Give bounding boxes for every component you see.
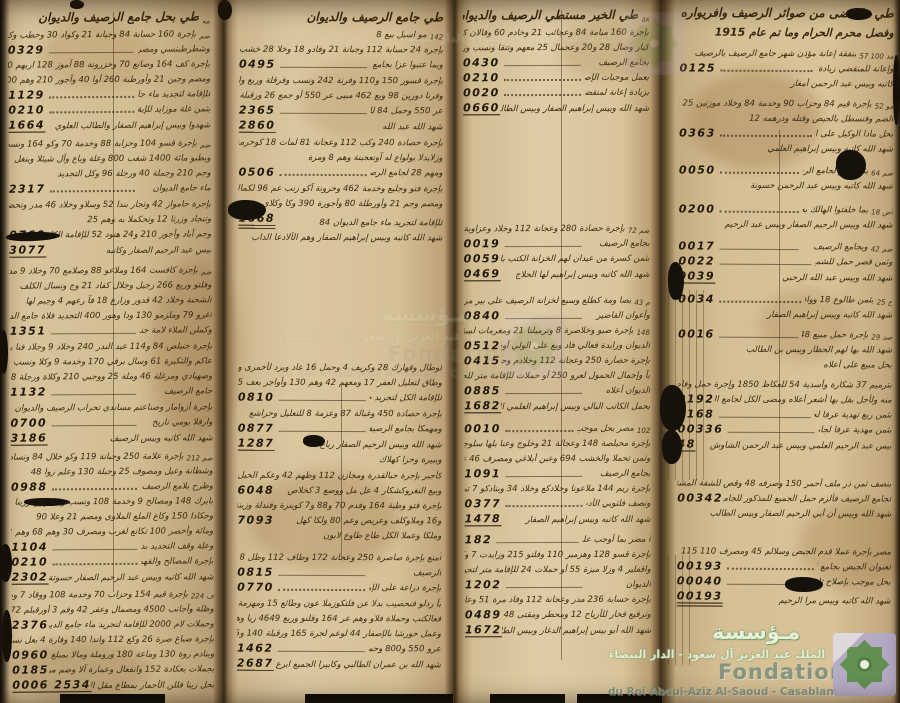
- entry-text: بإجرة حسابة 236 مدر وعجانة 112 وفاد مرة …: [465, 594, 651, 607]
- entry-text: و16 وملاوكلف وعريص وعم 80 ولكا كهل: [274, 515, 441, 528]
- entry-text: منه ولأجل بقل بها أشعر أعلاه ومضى الكل ل…: [714, 394, 891, 407]
- ledger-entry: بإجرة 160 مبامة 84 وعجائب 21 وخادم 60 وف…: [463, 27, 649, 40]
- entry-text: طي الخير مستطي الرصيف والديوان: [463, 7, 639, 25]
- entry-amount: 1202: [465, 579, 502, 591]
- ledger-entry: 0877 ومهمكا بجامع الرصيف 28: [238, 423, 442, 436]
- entry-text: ومهم 28 لجامع الرصيف: [370, 167, 442, 179]
- entry-amount: 0329: [8, 44, 45, 56]
- ledger-entry: فعالكتب وحملاة فلاو وهم عر 164 وفلنو ورب…: [237, 613, 441, 626]
- entry-amount: 3186: [11, 432, 48, 445]
- entry-amount: 1351: [10, 325, 47, 337]
- entry-text: بإجرة قسور 150 و110 وفرنة 242 ونسب وفرقل…: [239, 75, 443, 88]
- ledger-entry: 0810 للإقامة الكل لتجريد جامع الديوان: [238, 392, 442, 405]
- entry-amount: 0700: [10, 417, 47, 429]
- entry-leader-line: [719, 248, 798, 250]
- entry-text: بإجرة حصادة 450 وغبالة 87 وعزمة 8 للتعلي…: [238, 408, 442, 421]
- ledger-entry: 0168 بثمن ربع تهدية عرفا لجامع الرصيف: [678, 408, 892, 421]
- entry-text: بيس عبد الرحيم الصفار وكاتبه: [46, 244, 211, 257]
- edge-tear: [70, 0, 84, 9]
- entry-margin-note: 25 ح: [877, 298, 893, 306]
- ink-blot: [893, 55, 900, 125]
- entry-text: بجامع الرصيف: [585, 238, 649, 250]
- entry-text: بحمل الكاتب البالي وبيس إبراهيم العلمي ا…: [501, 401, 650, 414]
- ink-blot: [846, 8, 872, 20]
- edge-tear: [0, 330, 8, 374]
- ruling-line: [561, 10, 562, 660]
- ledger-entry: 2317 ماء جامع الديوان: [9, 182, 211, 195]
- ledger-entry: بإجرة كافست 164 وملاعو 88 وصلامع 70 وخلا…: [9, 264, 211, 277]
- entry-text: وصهيادي ومرغلة 46 وملة 25 ووجبي 210 وكلا…: [10, 370, 212, 383]
- entry-amount: 0770: [237, 582, 274, 594]
- entry-leader-line: [49, 51, 135, 54]
- entry-text: شهدوا وبيس إبراهيم الصفار والطالب العلوي: [45, 119, 210, 132]
- ledger-entry: 1664 شهدوا وبيس إبراهيم الصفار والطالب ا…: [8, 118, 210, 132]
- entry-margin-note: 142: [430, 33, 443, 41]
- entry-text: ومهمكا بجامع الرصيف 28: [369, 423, 441, 435]
- ledger-entry: بآ ردلو فنحصيب بدلا عن فلتكوزملا عون وطا…: [237, 598, 441, 611]
- ledger-entry: 0125 وإعانة للمنقضي زيادة على ما مضى لها: [679, 62, 893, 75]
- ledger-entry: 0495 وبما عتبوا عزا بجامع الرصيف: [239, 59, 443, 72]
- entry-leader-line: [505, 504, 582, 507]
- entry-text: شهد الله كاتبه وبيس إبراهيم الصفار وهم ا…: [238, 232, 442, 245]
- entry-amount: 0185: [12, 664, 49, 676]
- ledger-entry: 1287 شهد الله وبيس الرحيم الصفار رباع: [238, 438, 442, 452]
- ledger-entry: 0200 بما خلفتوا الهالك بجامع الديوان عن …: [679, 203, 893, 216]
- entry-text: وبطبو مائة 1400 شغب 800 وعلة وباع وآل شي…: [9, 152, 211, 165]
- ledger-entry: بإجرة علامة 250 وجبانة 119 وكو خلال 84 و…: [11, 450, 213, 463]
- entry-margin-note: 52 مو: [875, 102, 894, 110]
- entry-leader-line: [504, 78, 581, 81]
- entry-amount: 0840: [464, 310, 501, 322]
- entry-text: وبيع النغروكشكار 4 عل مل ووصع 3 كخلاص: [274, 485, 441, 498]
- entry-text: وأعوان الفاضير: [586, 310, 650, 322]
- entry-amount: 0200: [679, 203, 716, 215]
- entry-leader-line: [719, 210, 798, 213]
- ink-blot: [24, 498, 70, 506]
- ledger-entry: 0019 بجامع الرصيف: [464, 238, 650, 251]
- ledger-entry: 2376 وحملات لام 2000 للإقامة لتجريد ماء …: [12, 618, 214, 631]
- entry-text: بحل مبيع على أعلاه: [678, 358, 892, 371]
- entry-text: بإجرة كافست 164 وملاعو 88 وصلامع 70 وخلا…: [9, 264, 197, 277]
- entry-text: بإجرة علامة 250 وجبانة 119 وكو خلال 84 و…: [11, 450, 184, 463]
- ledger-entry: 1668 للإقامة لتجريد ماء جامع الديوان 84: [238, 213, 442, 230]
- ledger-entry: وثمن تحملا والخشب 694 وعبن أبلاغي ومصرف …: [464, 453, 650, 466]
- ledger-entry: بآ وإجمال الحمول لعرو 250 أو حملات للإقا…: [464, 370, 650, 383]
- entry-text: ونصف فلتوبي الأدب ومصم 21 لتجديد ماء الد…: [586, 498, 650, 510]
- entry-leader-line: [50, 332, 136, 335]
- entry-text: شهد الله وبيس أن أبي الرحيم الصفار وبيس …: [677, 507, 891, 520]
- entry-margin-note: 29 صد: [871, 333, 892, 341]
- ledger-entry: 0363 بحل مادا الوكيل على الكتبة البالية: [679, 127, 893, 140]
- ledger-entry: 1351 وكملن الملاء لامة جندو: [10, 324, 212, 337]
- ink-blot: [228, 200, 266, 220]
- entry-amount: 0877: [238, 423, 275, 435]
- entry-amount: 1478: [465, 513, 502, 526]
- entry-amount: 0377: [465, 498, 502, 510]
- entry-text: بجامع الرصيف: [586, 468, 650, 480]
- entry-amount: 0960: [12, 649, 49, 661]
- entry-text: بآ وإجمال الحمول لعرو 250 أو حملات للإقا…: [464, 370, 650, 383]
- ledger-entry: بإجرة حامواز 42 وتجار بندا 52 وسلاو وخلا…: [9, 198, 211, 211]
- entry-leader-line: [719, 336, 798, 338]
- entry-text: بإجرة حصارة 250 وعجانة 112 وخلادم وحول س…: [501, 355, 650, 368]
- entry-leader-line: [727, 431, 814, 433]
- entry-leader-line: [720, 69, 812, 72]
- ledger-entry: بإجرة 24 حسابة 112 وجبانة 21 وفادو 18 وخ…: [239, 44, 443, 57]
- entry-text: بما خلفتوا الهالك بجامع الديوان عن شهر ذ…: [802, 204, 868, 216]
- entry-text: بإجرة أزوامار وصناعتم مساندي تحراب الرصي…: [10, 401, 212, 414]
- entry-amount: 0017: [679, 240, 716, 252]
- entry-amount: 2302: [12, 571, 49, 584]
- entry-leader-line: [719, 300, 801, 303]
- entry-leader-line: [720, 171, 799, 174]
- entry-margin-note: 64 ضم: [871, 169, 893, 177]
- ledger-entry: بإجرة 160 حسابة 84 وجبانة 21 وكواد 30 وح…: [8, 28, 210, 41]
- entry-text: شهد الله كاتبه وبيس عبد الرحيم الصفار حس…: [48, 571, 213, 584]
- entry-amount: 1104: [11, 541, 48, 553]
- ink-blot: [785, 577, 823, 592]
- ledger-entry: آمنع بإجرة صاصرة 250 وعجانة 172 وطاف 112…: [237, 552, 441, 565]
- entry-leader-line: [280, 66, 367, 68]
- entry-leader-line: [279, 173, 366, 176]
- entry-text: شهد الله كاتبه وبيس عبد الرحمن حسونة: [679, 179, 893, 192]
- entry-text: بإجرة حصادة 240 وكب 112 وعجانة 81 لمات 1…: [239, 137, 443, 150]
- entry-text: بثمن ربع تهدية عرفا لجامع الرصيف: [815, 409, 892, 421]
- ledger-entry: 3186 شهد الله كاتبه وبيس الرصيف: [11, 431, 213, 445]
- entry-text: وعمل حورشا بالإصفار 44 لوعم لجرة 165 ورق…: [237, 628, 441, 641]
- ledger-entry: 0039 شهد الله وبيس عبد الله الرحبي: [678, 270, 892, 284]
- entry-margin-note: 224 ف: [191, 592, 214, 600]
- ledger-entry: 1462 عرو 550 و800 وحملاة للإقامة لتجريد …: [237, 643, 441, 656]
- entry-amount: 1462: [237, 643, 274, 655]
- entry-leader-line: [505, 475, 582, 477]
- entry-text: بزيادة إعانة لمنقضي جامع الرصيف عن الشهر…: [585, 87, 649, 99]
- entry-amount: 0059: [464, 253, 501, 265]
- entry-amount: 0988: [11, 481, 48, 493]
- entry-amount: 2365: [239, 105, 276, 117]
- fold-crease: [213, 0, 233, 703]
- entry-text: بحل موجب بإصلاح ثلث دار الدرب الطويل: [818, 576, 891, 588]
- entry-leader-line: [49, 95, 135, 99]
- entry-text: وزلايدلا بولواع له آونعجبنة وهم 8 ومرة: [239, 152, 443, 165]
- entry-text: الرصيف: [369, 567, 441, 579]
- ledger-entry: بإجرة قسو 104 وحزابة 88 وخدمة 70 وكو 164…: [9, 137, 211, 150]
- entry-leader-line: [505, 317, 582, 319]
- entry-leader-line: [278, 430, 365, 432]
- entry-text: وثمن تحملا والخشب 694 وعبن أبلاغي ومصرف …: [464, 453, 650, 466]
- ledger-entry: وملكا وعملا الكل طاع طاوع لابون: [237, 530, 441, 543]
- entry-text: طي بحل جامع الرصيف والديوان: [8, 8, 200, 26]
- entry-text: للإقامة الكل لتجريد جامع الديوان: [369, 392, 441, 404]
- scan-bottom-bar: [60, 694, 165, 703]
- entry-amount: 1672: [465, 624, 502, 637]
- entry-text: الضم وفنسطل بالجبص وقتله ودرهمه 12: [679, 112, 893, 125]
- entry-amount: 0885: [464, 385, 501, 397]
- entry-amount: 1129: [8, 89, 45, 101]
- entry-margin-note: ٥٨: [641, 16, 649, 24]
- ledger-entry: بترميم 37 شكارة وأسدية 54 للعكاظ 1850 وإ…: [678, 378, 892, 391]
- ledger-entry: لوطال وقهارك 28 وكريف 4 وحمل 16 عاد وبرد…: [238, 362, 442, 375]
- entry-text: شهد الله وبيس إبراهيم الصفار وبيس الطالب: [500, 103, 649, 116]
- ledger-entry: 0506 ومهم 28 لجامع الرصيف: [239, 167, 443, 180]
- ledger-entry: 00193 شهد الله كاتبه وبيس مرا الرحيم: [677, 590, 891, 607]
- entry-text: وملكا وعملا الكل طاع طاوع لابون: [237, 530, 441, 543]
- ledger-entry: كأجبر بإجرة جبالقدرة ومجازن 112 وظهم 42 …: [238, 470, 442, 483]
- entry-amount: 0210: [8, 104, 45, 116]
- entry-text: بإجرة فتو وجليع وخدمة 462 وخزونة آكو زنب…: [239, 183, 443, 196]
- ledger-entry: 0010 مصر بحل موجب مما حمل به خديم الرصيف…: [464, 423, 650, 436]
- entry-amount: 1664: [8, 119, 45, 132]
- ink-blot: [836, 150, 866, 180]
- ledger-entry: 1672 شهد الله أبو بيس إبراهيم الدغار وبي…: [465, 624, 651, 638]
- entry-text: بيس عبد الرحيم العلمي وبيس عبد الرحمن ال…: [696, 440, 892, 453]
- entry-text: وتنجاد وزرتا 12 وتحكملا به وهم 25: [9, 213, 211, 226]
- ledger-entry: ومصم وجم 21 وأورطلة 80 وأجورة 390 وكا وك…: [238, 198, 442, 211]
- entry-leader-line: [505, 429, 573, 432]
- entry-text: للإقامة لتجديد ماء جامع الديوان: [139, 88, 211, 100]
- ledger-entry: 0415 بإجرة حصارة 250 وعجانة 112 وخلادم و…: [464, 355, 650, 368]
- entry-amount: 0489: [465, 609, 502, 621]
- ink-blot: [662, 430, 682, 464]
- ledger-entry: وعمل حورشا بالإصفار 44 لوعم لجرة 165 ورق…: [237, 628, 441, 641]
- entry-text: للإقامة لتجريد ماء جامع الديوان 84: [275, 217, 442, 230]
- ledger-entry: 0210 بعمل موجبات الإصلاح بل لتجريد ماء ج…: [463, 72, 649, 85]
- ledger-entry: شهد الله كاتبه وبيس عبد الرحمن حسونة: [679, 179, 893, 192]
- ledger-entry: 6048 وبيع النغروكشكار 4 عل مل ووصع 3 كخل…: [237, 485, 441, 498]
- entry-text: بإجرة ريم 144 ملاعونا وحلادكع وخلاد 34 و…: [464, 483, 650, 496]
- entry-amount: 0363: [679, 127, 716, 139]
- ledger-entry: 0329 وشطرطبنسي ومصروف 88 بجامع الرصيف: [8, 43, 210, 56]
- edge-tear: [218, 0, 232, 20]
- entry-text: بعمل موجبات الإصلاح بل لتجريد ماء جامع ا…: [585, 72, 649, 84]
- entry-leader-line: [49, 110, 135, 114]
- ledger-entry: طي بحل جامع الرصيف والديوان مه: [8, 8, 210, 26]
- ruling-grid: [668, 555, 694, 665]
- entry-margin-note: 42 ضم: [871, 245, 893, 253]
- entry-text: شهد الله وبيس عبد الله الرحبي: [715, 272, 892, 285]
- ledger-entry: 0006 2534 بحل زينا فللن الأحمار بمطاع مق…: [12, 678, 214, 692]
- entry-text: مصر بإجرة عملا قدم الجبص وسلالم 45 ومصرف…: [677, 545, 891, 558]
- entry-text: وعلة وقف التجديد بدفاع جامع الديوان: [142, 540, 214, 552]
- entry-text: كاتبه وبيس عبد الرحمن أمغار: [679, 77, 893, 90]
- entry-text: وفصل محرم الحرام وما تم عام 1915: [680, 24, 894, 40]
- page-column-1: طي بحل جامع الرصيف والديوان مه بإجرة 160…: [8, 5, 215, 700]
- entry-amount: 2376: [12, 619, 49, 631]
- ledger-entry: شهد الله بها لهم الحظار وبيس بن الطالب: [678, 343, 892, 356]
- entry-leader-line: [720, 134, 812, 137]
- ledger-entry: كاتبه وبيس عبد الرحمن أمغار: [679, 77, 893, 90]
- entry-text: طي جامع الرصيف والديوان: [239, 9, 443, 27]
- entry-text: بجامع الرصيف: [585, 57, 649, 69]
- entry-text: وظلة وآجانب 4500 ومصمال وعفر 42 وفم 3 أو…: [12, 603, 214, 616]
- entry-text: أغرو 79 وملزمو 130 ودا وهور 400 التجديد …: [10, 309, 212, 322]
- entry-leader-line: [278, 650, 365, 652]
- entry-margin-note: 212 ضم: [187, 454, 213, 462]
- entry-leader-line: [51, 393, 137, 396]
- entry-text: بإجرة حمل مبيع 48 والواقف لمن وله لجامع …: [802, 329, 868, 341]
- ledger-entry: 0960 وبنادم روة 130 وماعة 180 وروملة وما…: [12, 648, 214, 661]
- entry-amount: 0022: [678, 255, 715, 267]
- entry-amount: 0415: [464, 355, 501, 367]
- entry-text: الديوان وزايدة فعالي فاد وبع على الولي أ…: [501, 340, 650, 353]
- entry-text: بنفقة إعانة مؤذن شهر جامع الرصيف بالرصيف: [680, 47, 857, 60]
- ledger-entry: وفصل محرم الحرام وما تم عام 1915: [680, 24, 894, 40]
- ledger-entry: 1478 شهد الله كاتبه وبيس إبراهيم الصفار: [465, 513, 651, 527]
- entry-leader-line: [727, 567, 814, 570]
- entry-amount: 0660: [463, 102, 500, 115]
- entry-amount: 0469: [464, 268, 501, 281]
- ledger-entry: 0815 الرصيف: [237, 567, 441, 580]
- entry-text: بإجرة 160 حسابة 84 وجبانة 21 وكواد 30 وح…: [8, 28, 196, 41]
- entry-amount: 00342: [677, 492, 723, 504]
- ruling-line: [341, 385, 342, 560]
- entry-text: بآ ردلو فنحصيب بدلا عن فلتكوزملا عون وطا…: [237, 598, 441, 611]
- ledger-entry: كبار وصال 28 و20 وعجمال 25 معهم وتنقا ون…: [463, 42, 649, 55]
- ruling-line: [113, 12, 114, 592]
- page-column-2: طي جامع الرصيف والديوان مو اسبل بيع 8 14…: [237, 6, 443, 701]
- page-column-3: طي الخير مستطي الرصيف والديوان ٥٨ بإجرة …: [463, 4, 651, 701]
- entry-text: بثمن كسرة من عيدان لهم الخزانة الكتب بال…: [500, 253, 649, 266]
- ledger-entry: بإجرة كف 164 وصانع 70 وخزرونة 88 آموز 12…: [8, 58, 210, 71]
- edge-tear: [0, 544, 12, 582]
- ledger-entry: 0430 بجامع الرصيف: [463, 57, 649, 70]
- entry-amount: 6048: [237, 485, 274, 497]
- ledger-entry: 0489 وترفيع فخار للأرياح 12 ومحطر ومقتى …: [465, 609, 651, 622]
- entry-amount: 0815: [237, 567, 274, 579]
- entry-text: شهد الله كاتبه وبيس الرصيف: [47, 432, 212, 445]
- entry-margin-note: 57 مد 100: [859, 52, 893, 60]
- entry-text: وفلتو وربع 266 زجيل وجلال كفاد 21 وج ونس…: [9, 279, 211, 292]
- entry-text: وبجامع الرصيف: [802, 241, 868, 253]
- entry-amount: 0019: [464, 238, 501, 250]
- entry-text: وارفلا بومي تاريخ: [141, 416, 213, 428]
- entry-amount: 0495: [239, 59, 276, 71]
- ledger-entry: بإجرة قسور 150 و110 وفرنة 242 ونسب وفرقل…: [239, 75, 443, 88]
- ledger-entry: بإجرة صباغ صرة 26 وكع 112 واندا 140 وفار…: [12, 633, 214, 646]
- entry-text: ومصم وجبن 21 وأورطبة 260 أوا 40 وأجور 21…: [8, 73, 210, 86]
- entry-text: بإجرة المصالح والفهم بخزانة الكتب بجامع …: [142, 555, 214, 567]
- ledger-entry: طي الخير مستطي الرصيف والديوان ٥٨: [463, 7, 649, 25]
- ledger-entry: 0034 بثمن طالوع 18 ووافق 4 على عمل غار ع…: [678, 293, 892, 306]
- entry-leader-line: [52, 548, 138, 551]
- entry-text: شهد الله أبو بيس إبراهيم الدغار وبيس الط…: [502, 625, 651, 638]
- entry-text: وثمن قصر حمل للشمع حصار لجامع الديوان وت…: [815, 256, 892, 268]
- entry-text: وكملن الملاء لامة جندو: [140, 324, 212, 336]
- ledger-entry: 0660 شهد الله وبيس إبراهيم الصفار وبيس ا…: [463, 102, 649, 116]
- entry-margin-note: 43 م: [634, 299, 650, 307]
- entry-text: شهد الله كاتبه وبيس إبراهيم الصفار: [501, 514, 650, 527]
- entry-text: وفرنا دورين 98 وبع 462 مبيى عر 550 أو جم…: [239, 90, 443, 103]
- entry-text: شهد الله بن عمران الطالبي وكابيرا الجميع…: [274, 659, 441, 672]
- ledger-entry: 0988 وطرح بلامع الرصيف: [11, 480, 213, 493]
- ledger-entry: بإجرة أزوامار وصناعتم مساندي تحراب الرصي…: [10, 401, 212, 414]
- entry-text: جامع الرصيف: [141, 385, 213, 397]
- entry-text: وترفيع فخار للأرياح 12 ومحطر ومقتى 48 لل…: [502, 609, 651, 622]
- entry-leader-line: [504, 93, 581, 96]
- ink-blot: [303, 435, 325, 447]
- entry-text: بحل زينا فللن الأحمار بمطاع مقل الرصيف: [91, 679, 215, 692]
- entry-text: وبنادم روة 130 وماعة 180 وروملة ومالا بم…: [49, 648, 214, 661]
- scan-bottom-bar: [305, 694, 453, 703]
- ledger-entry: 3077 بيس عبد الرحيم الصفار وكاتبه: [9, 243, 211, 257]
- entry-amount: 182: [465, 534, 493, 546]
- ledger-entry: ومصم وجبن 21 وأورطبة 260 أوا 40 وأجور 21…: [8, 73, 210, 86]
- entry-amount: 0810: [238, 392, 275, 404]
- ledger-entry: 2365 عر 550 وحمل 84 للإقامة لتجريد ماء ا…: [239, 105, 443, 118]
- entry-text: بإجرة فتو وطبة 164 وفدم 70 و88 و7 كوبترة…: [237, 500, 441, 513]
- ledger-entry: شهد الله كاتبه وبيس إبراهيم الصفار وهم ا…: [238, 232, 442, 245]
- entry-amount: 0006 2534: [12, 679, 91, 693]
- ledger-entry: شهد الله وبيس الرحيم الصفار وبيس عبد الر…: [679, 218, 893, 231]
- ledger-entry: بإجرة فتو وجليع وخدمة 462 وخزونة آكو زنب…: [239, 183, 443, 196]
- entry-text: بإجرة دراعة على الإمام الإقامة لبيع الأر…: [369, 582, 441, 594]
- entry-text: بإجرة محبلصة 148 وعجالة 21 وخلوج وعنا بل…: [464, 438, 650, 451]
- ledger-entry: شهد الله كاتبه وبيس إبراهيم الصفار: [678, 308, 892, 321]
- entry-text: وشطانة وعبل ومصوف 25 وجبلة 130 وعلم زوا …: [11, 465, 213, 478]
- ledger-entry: وظلة وآجانب 4500 ومصمال وعفر 42 وفم 3 أو…: [12, 603, 214, 616]
- ledger-entry: 0016 بإجرة حمل مبيع 48 والواقف لمن وله ل…: [678, 328, 892, 341]
- ledger-entry: وصهيادي ومرغلة 46 وملة 25 ووجبي 210 وكلا…: [10, 370, 212, 383]
- entry-margin-note: 18 آض: [871, 208, 893, 216]
- entry-margin-note: 148: [637, 329, 650, 337]
- entry-text: بإجرة قسو 128 وهزمير 110 وفلتو 215 وزايد…: [465, 549, 651, 562]
- entry-amount: 0010: [464, 423, 501, 435]
- entry-text: بإجرة قيم 84 وحزاب 90 وخدمة 84 وخلاد موز…: [679, 97, 872, 110]
- ledger-entry: مو اسبل بيع 8 142: [239, 29, 443, 42]
- ledger-entry: شهد الله وبيس أن أبي الرحيم الصفار وبيس …: [677, 507, 891, 520]
- entry-leader-line: [52, 562, 138, 566]
- ledger-entry: 0840 وأعوان الفاضير: [464, 310, 650, 323]
- entry-text: شهد الله كاتبه وبيس مرا الرحيم: [722, 595, 890, 608]
- ledger-entry: أغرو 79 وملزمو 130 ودا وهور 400 التجديد …: [10, 309, 212, 322]
- entry-leader-line: [51, 424, 137, 427]
- entry-text: بثمن غلة موزايد للإيقاد بجامع الديوان وك…: [139, 103, 211, 115]
- scan-bottom-bar: [577, 694, 662, 703]
- entry-text: وطاق لتعليل العفر 17 ومعهم 42 وهم 130 وأ…: [238, 377, 442, 390]
- ledger-entry: بإجرة فتو وطبة 164 وفدم 70 و88 و7 كوبترة…: [237, 500, 441, 513]
- entry-text: عاكم والتكبرة 61 وسال برقي 170 وخدمة 9 و…: [10, 355, 212, 368]
- entry-leader-line: [505, 392, 582, 394]
- entry-amount: 1287: [238, 438, 275, 451]
- entry-text: بإجرة حنبلص 84 و114 عبد الندر 240 وخلاد …: [10, 340, 212, 353]
- entry-text: بإجرة كف 164 وصانع 70 وخزرونة 88 آموز 12…: [8, 58, 210, 71]
- entry-text: بجملات بعكادة 152 وانفعال وعمارة آلا وضم…: [49, 663, 214, 676]
- ledger-entry: وتنجاد وزرتا 12 وتحكملا به وهم 25: [9, 213, 211, 226]
- entry-text: بنصف ثمن ذر ملف أحمر 150 وصرفه 48 وقص لل…: [677, 477, 891, 490]
- entry-margin-note: 72 ضم: [628, 227, 650, 235]
- entry-text: آمنع بإجرة صاصرة 250 وعجانة 172 وطاف 112…: [237, 552, 441, 565]
- fold-crease: [444, 0, 464, 703]
- ledger-entry: وجم 210 وجملة 40 ورجلة 96 وكل التجديد: [9, 167, 211, 180]
- ledger-entry: بنفقة إعانة مؤذن شهر جامع الرصيف بالرصيف…: [680, 47, 894, 60]
- entry-margin-note: مه: [202, 17, 210, 25]
- entry-margin-note: ضم: [201, 268, 212, 276]
- ledger-entry: بإجرة حسابة 236 مدر وعجانة 112 وفاد مرة …: [465, 594, 651, 607]
- entry-text: بحل مادا الوكيل على الكتبة البالية: [816, 128, 893, 140]
- ink-blot: [668, 262, 684, 300]
- entry-text: شهد الله وبيس الرحيم الصفار رباع: [274, 439, 441, 452]
- ledger-entry: 0700 وارفلا بومي تاريخ: [10, 416, 212, 429]
- entry-leader-line: [279, 112, 366, 114]
- ledger-entry: 2687 شهد الله بن عمران الطالبي وكابيرا ا…: [237, 658, 441, 672]
- ledger-entry: 2860 شهد الله عبد الله: [239, 120, 443, 134]
- ledger-entry: 0020 بزيادة إعانة لمنقضي جامع الرصيف عن …: [463, 87, 649, 100]
- entry-text: عرو 550 و800 وحملاة للإقامة لتجريد ماء ب…: [369, 643, 441, 655]
- ledger-entry: 0017 وبجامع الرصيف 42 ضم: [679, 240, 893, 253]
- entry-text: بصا ومة كطلع وسبع لخزانة الرصيف على بير …: [464, 295, 632, 308]
- ledger-entry: عاكم والتكبرة 61 وسال برقي 170 وخدمة 9 و…: [10, 355, 212, 368]
- ledger-entry: واقفلير 4 وزلا ميزة 55 أو حملات 24 للإقا…: [465, 564, 651, 577]
